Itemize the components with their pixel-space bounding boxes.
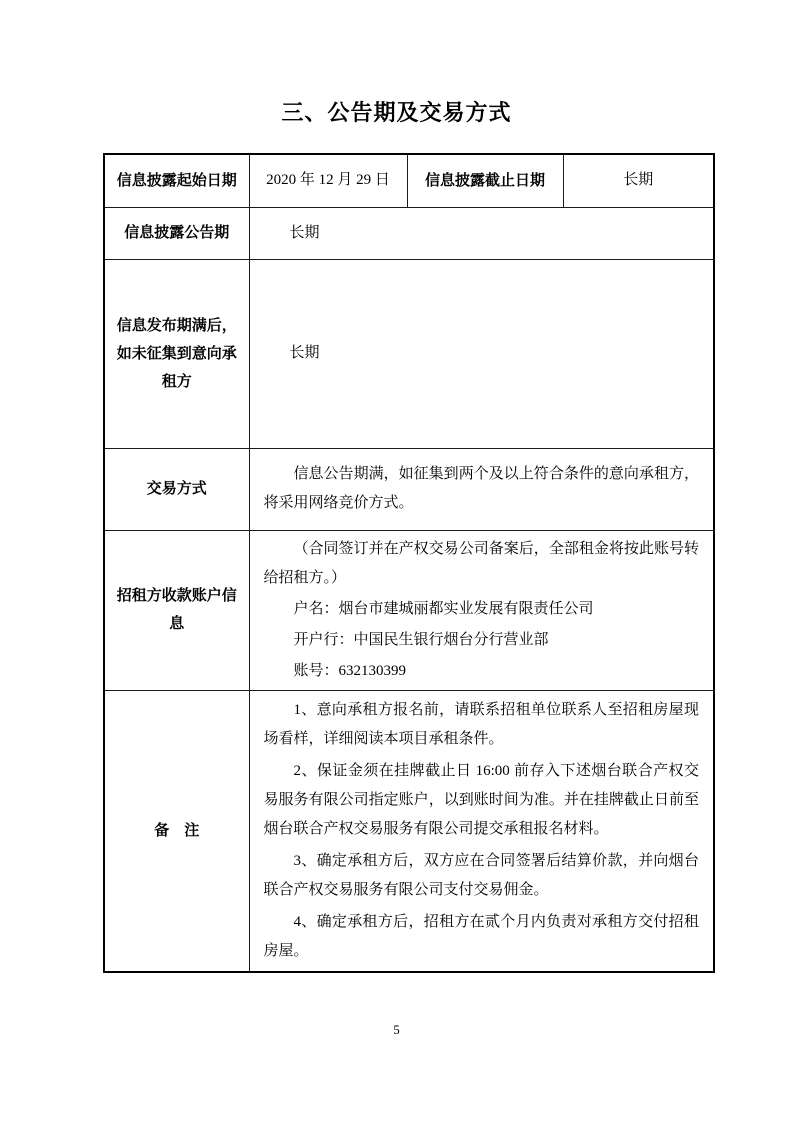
label-transaction-method: 交易方式 [104,448,249,530]
page-number: 5 [0,1022,793,1038]
value-disclosure-start-date: 2020 年 12 月 29 日 [249,154,407,207]
value-lessor-account-info: （合同签订并在产权交易公司备案后，全部租金将按此账号转给招租方。） 户名：烟台市… [249,530,714,690]
label-announcement-period: 信息披露公告期 [104,207,249,259]
document-page: 三、公告期及交易方式 信息披露起始日期 2020 年 12 月 29 日 信息披… [0,0,793,1122]
transaction-method-text: 信息公告期满，如征集到两个及以上符合条件的意向承租方，将采用网络竞价方式。 [264,460,700,518]
value-after-period-expiry: 长期 [249,259,714,448]
table-row: 招租方收款账户信息 （合同签订并在产权交易公司备案后，全部租金将按此账号转给招租… [104,530,714,690]
table-row: 信息披露起始日期 2020 年 12 月 29 日 信息披露截止日期 长期 [104,154,714,207]
table-row: 备 注 1、意向承租方报名前，请联系招租单位联系人至招租房屋现场看样，详细阅读本… [104,690,714,972]
table-row: 交易方式 信息公告期满，如征集到两个及以上符合条件的意向承租方，将采用网络竞价方… [104,448,714,530]
remark-item-3: 3、确定承租方后，双方应在合同签署后结算价款，并向烟台联合产权交易服务有限公司支… [264,847,700,905]
account-name-text: 户名：烟台市建城丽都实业发展有限责任公司 [264,595,700,624]
value-remarks: 1、意向承租方报名前，请联系招租单位联系人至招租房屋现场看样，详细阅读本项目承租… [249,690,714,972]
account-number-text: 账号：632130399 [264,657,700,686]
table-row: 信息发布期满后，如未征集到意向承租方 长期 [104,259,714,448]
label-lessor-account-info: 招租方收款账户信息 [104,530,249,690]
value-disclosure-end-date: 长期 [563,154,714,207]
account-remark-text: （合同签订并在产权交易公司备案后，全部租金将按此账号转给招租方。） [264,535,700,593]
label-disclosure-start-date: 信息披露起始日期 [104,154,249,207]
label-after-period-expiry: 信息发布期满后，如未征集到意向承租方 [104,259,249,448]
announcement-table: 信息披露起始日期 2020 年 12 月 29 日 信息披露截止日期 长期 信息… [103,153,715,973]
value-announcement-period: 长期 [249,207,714,259]
label-disclosure-end-date: 信息披露截止日期 [407,154,563,207]
remark-item-4: 4、确定承租方后，招租方在贰个月内负责对承租方交付招租房屋。 [264,908,700,966]
section-title: 三、公告期及交易方式 [0,99,793,127]
account-bank-text: 开户行：中国民生银行烟台分行营业部 [264,626,700,655]
value-transaction-method: 信息公告期满，如征集到两个及以上符合条件的意向承租方，将采用网络竞价方式。 [249,448,714,530]
remark-item-2: 2、保证金须在挂牌截止日 16:00 前存入下述烟台联合产权交易服务有限公司指定… [264,757,700,844]
table-row: 信息披露公告期 长期 [104,207,714,259]
remark-item-1: 1、意向承租方报名前，请联系招租单位联系人至招租房屋现场看样，详细阅读本项目承租… [264,696,700,754]
label-remarks: 备 注 [104,690,249,972]
